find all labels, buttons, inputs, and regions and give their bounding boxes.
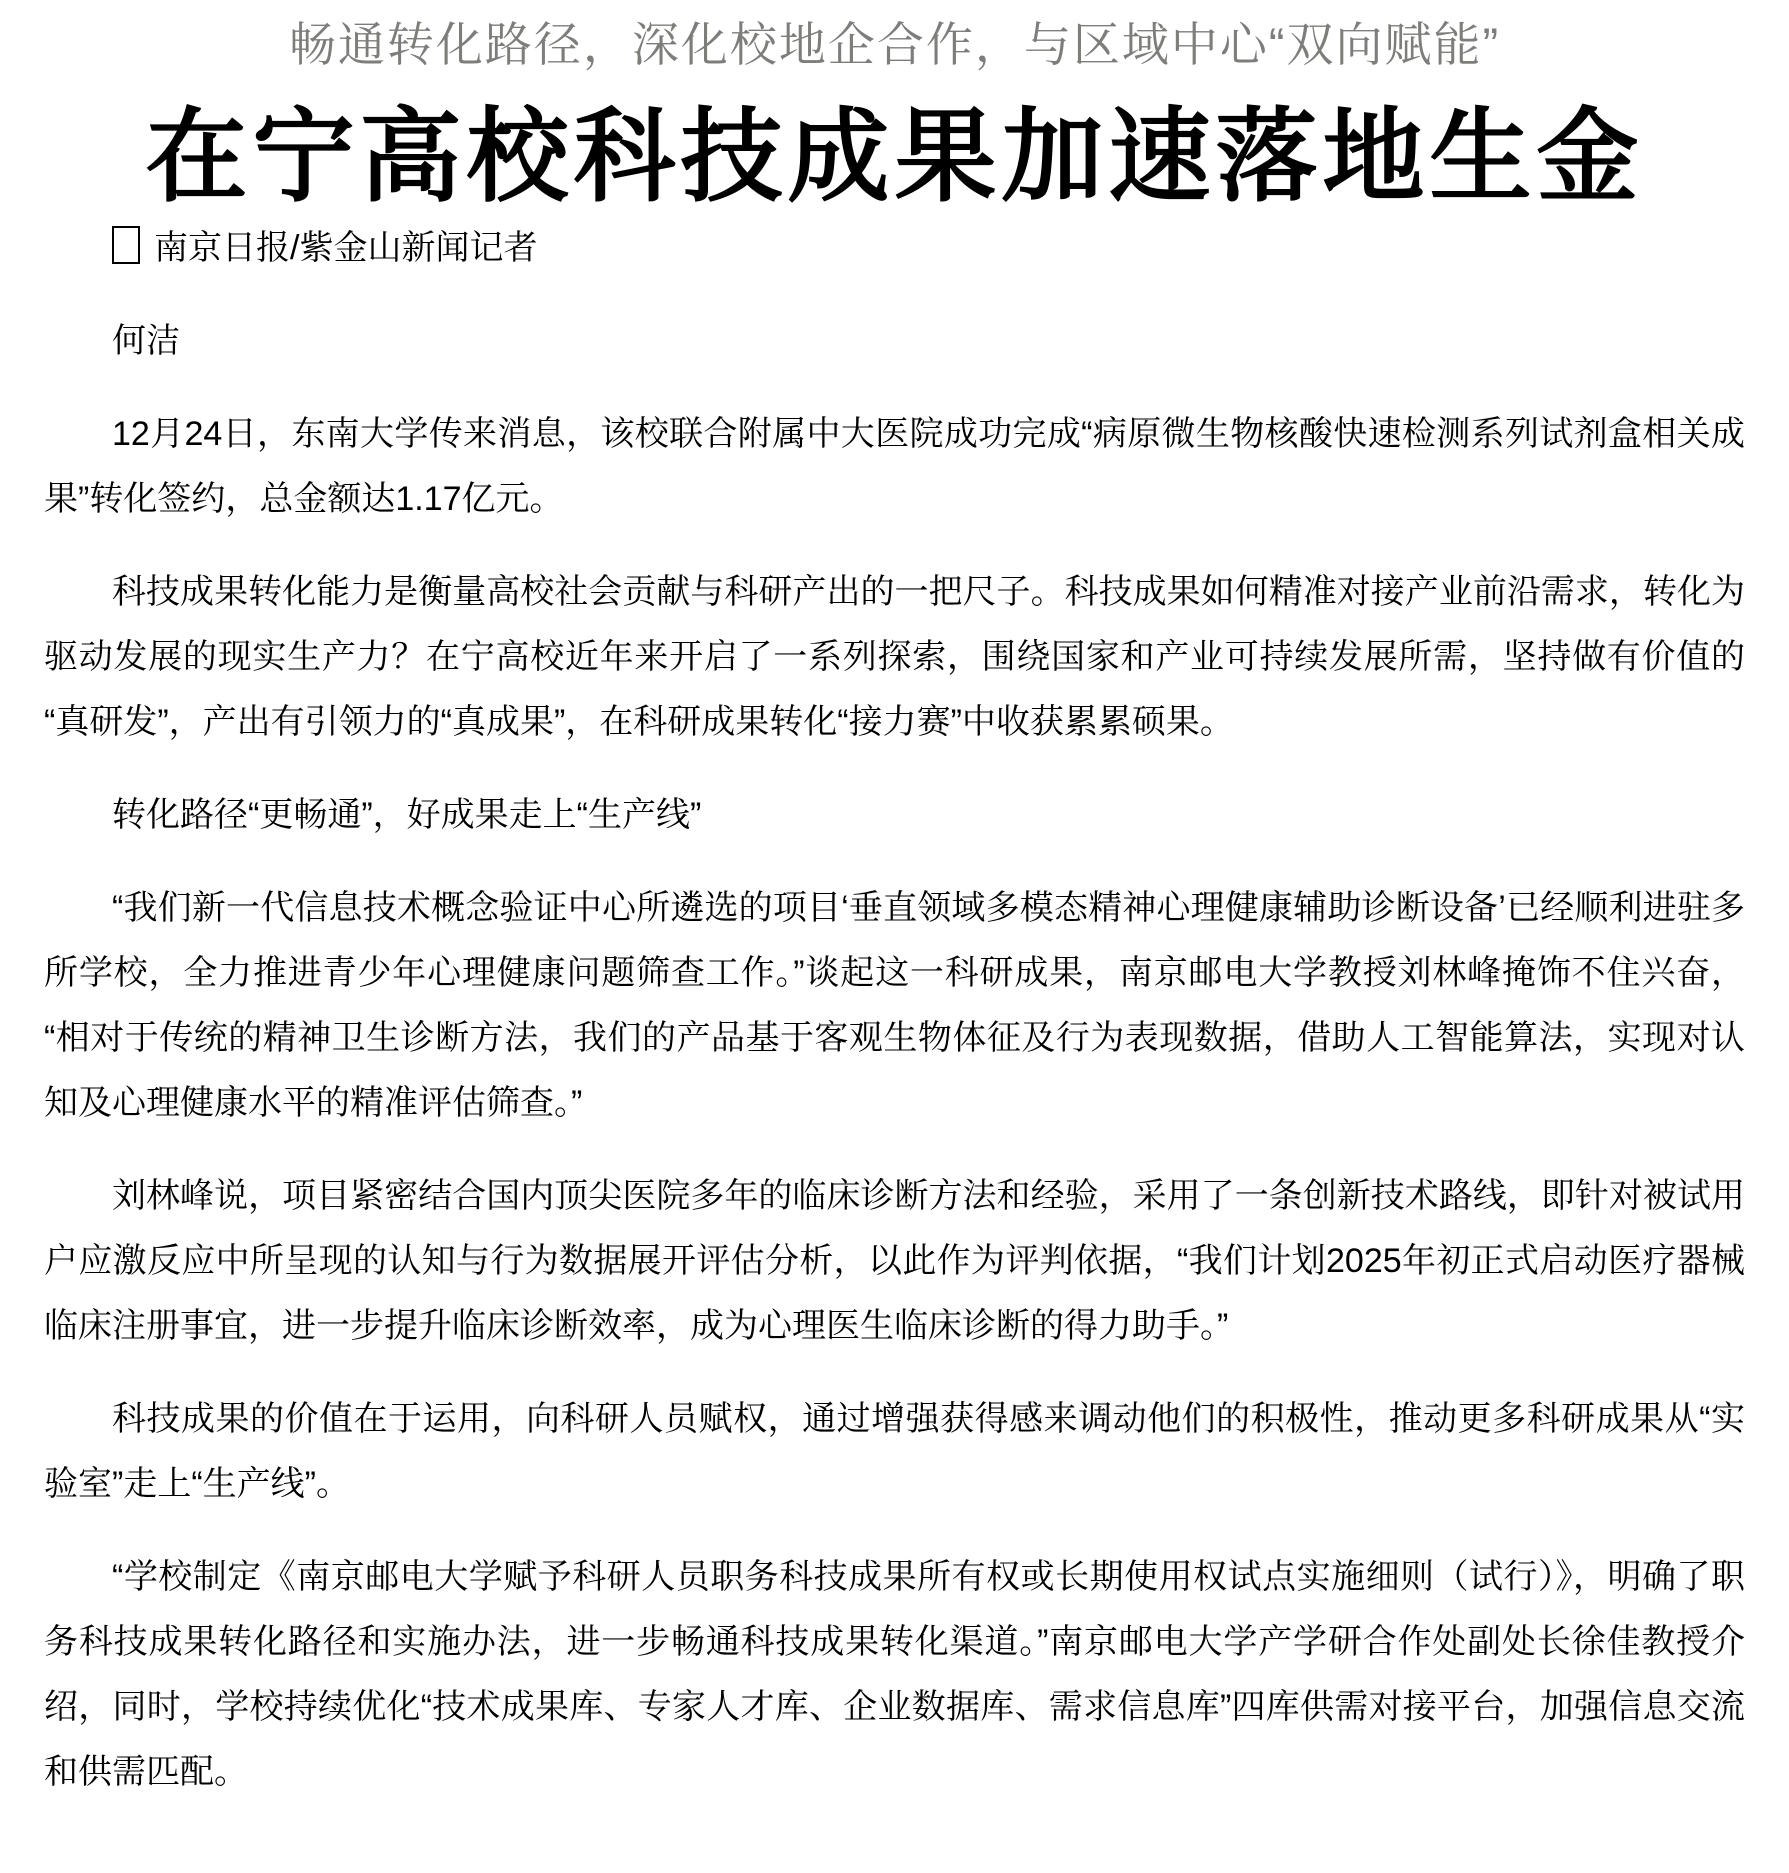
article-paragraph: 刘林峰说，项目紧密结合国内顶尖医院多年的临床诊断方法和经验，采用了一条创新技术路…	[44, 1164, 1745, 1359]
article-kicker: 畅通转化路径，深化校地企合作，与区域中心“双向赋能”	[0, 0, 1789, 76]
article-paragraph: 科技成果转化能力是衡量高校社会贡献与科研产出的一把尺子。科技成果如何精准对接产业…	[44, 560, 1745, 755]
article-page: { "page": { "background_color": "#ffffff…	[0, 0, 1789, 1873]
article-paragraph: “学校制定《南京邮电大学赋予科研人员职务科技成果所有权或长期使用权试点实施细则（…	[44, 1545, 1745, 1805]
article-paragraph: 科技成果的价值在于运用，向科研人员赋权，通过增强获得感来调动他们的积极性，推动更…	[44, 1387, 1745, 1517]
article-paragraph: “我们新一代信息技术概念验证中心所遴选的项目‘垂直领域多模态精神心理健康辅助诊断…	[44, 876, 1745, 1136]
section-heading: 转化路径“更畅通”，好成果走上“生产线”	[44, 783, 1745, 848]
article-paragraph: 12月24日，东南大学传来消息，该校联合附属中大医院成功完成“病原微生物核酸快速…	[44, 402, 1745, 532]
byline: 南京日报/紫金山新闻记者	[44, 216, 1745, 281]
author-name: 何洁	[44, 309, 1745, 374]
article-body: 南京日报/紫金山新闻记者 何洁 12月24日，东南大学传来消息，该校联合附属中大…	[0, 216, 1789, 1805]
missing-glyph-icon	[112, 226, 140, 264]
byline-text: 南京日报/紫金山新闻记者	[154, 229, 537, 267]
article-title: 在宁高校科技成果加速落地生金	[40, 98, 1749, 216]
